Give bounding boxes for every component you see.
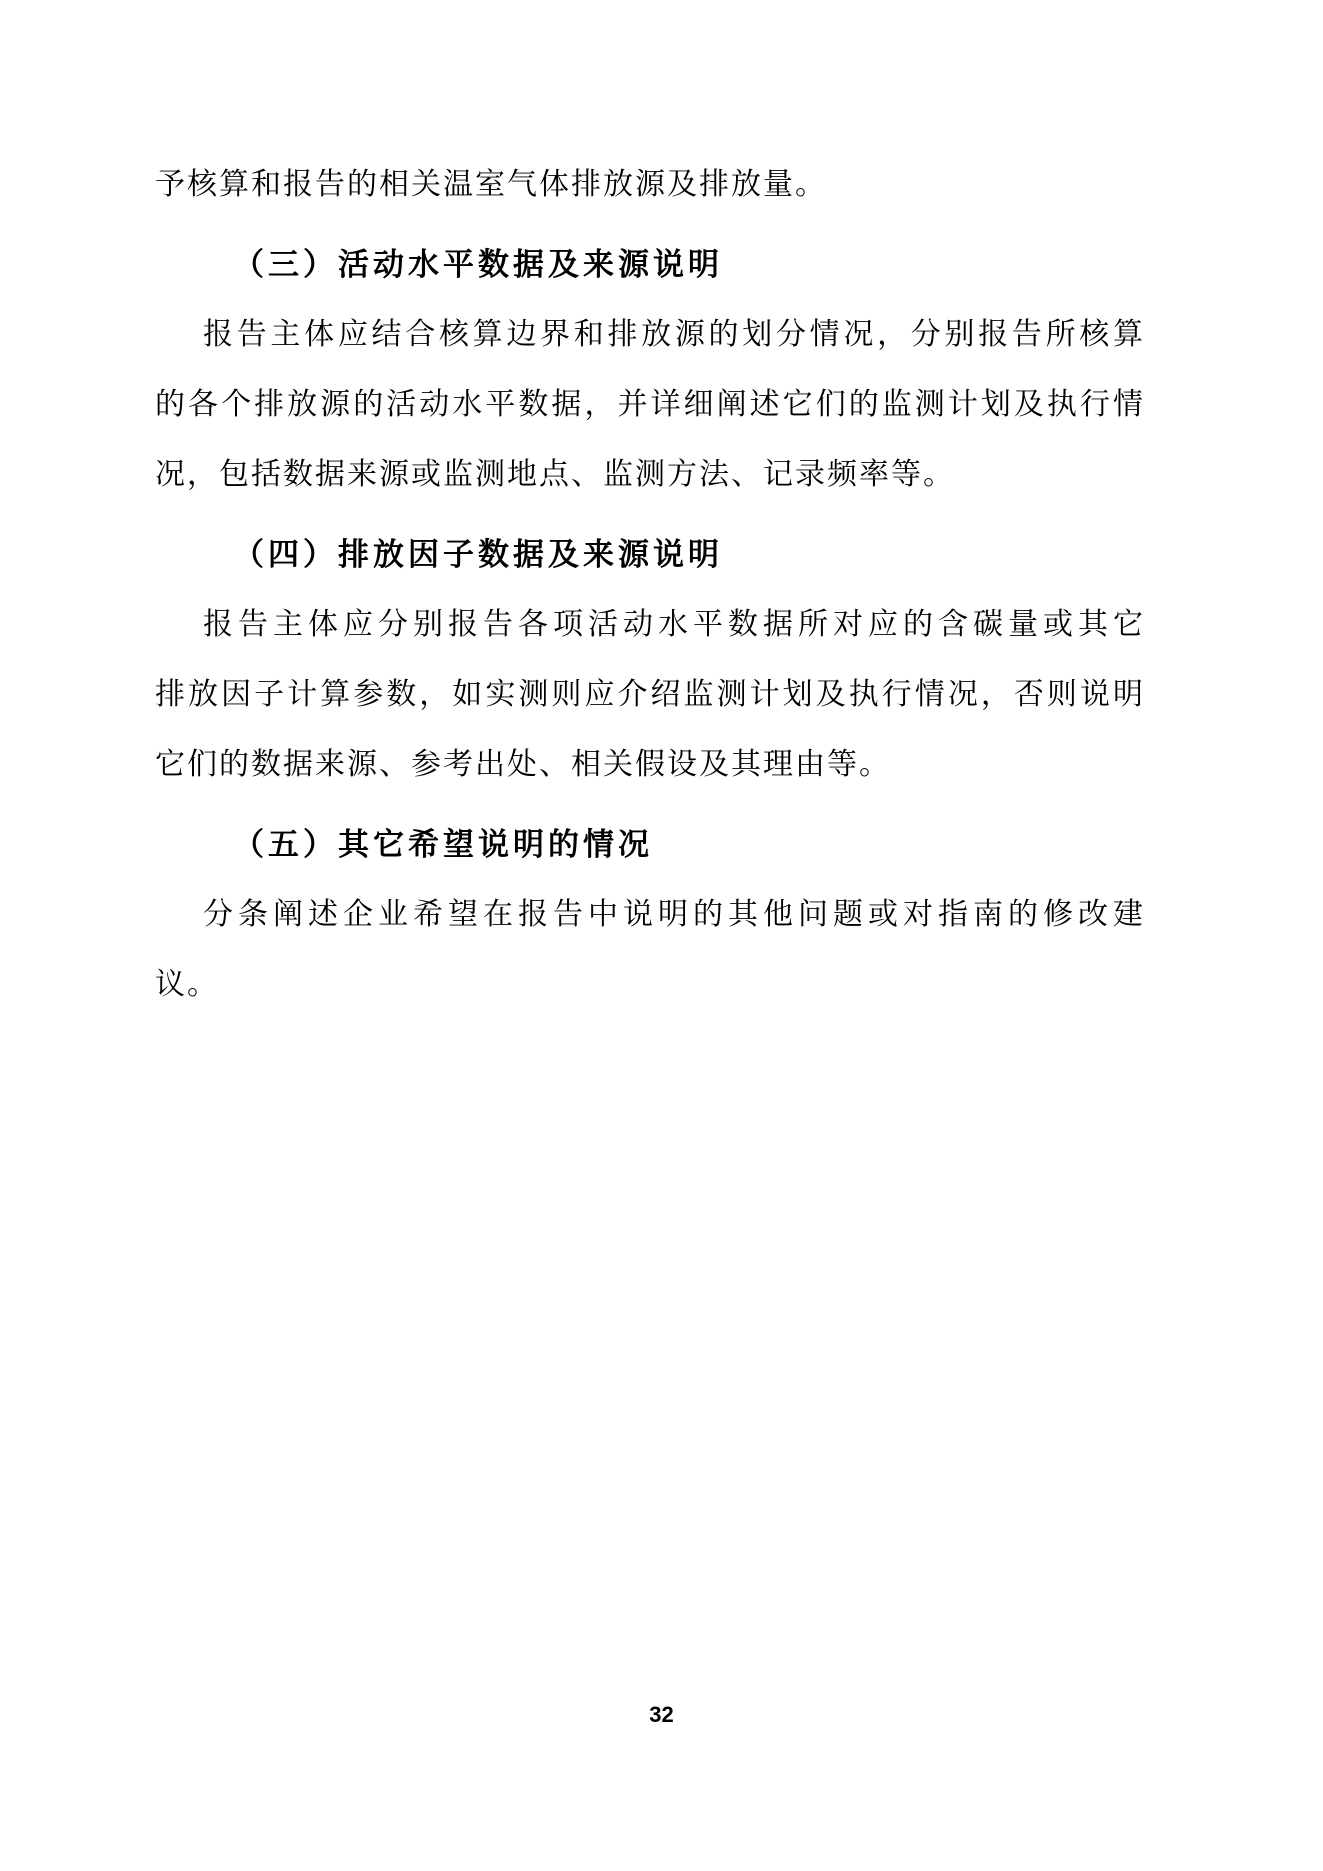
section-heading-4: （四）排放因子数据及来源说明 bbox=[155, 520, 1145, 590]
paragraph-first-line: 报告主体应分别报告各项活动水平数据所对应的含碳量或其它 bbox=[155, 590, 1145, 660]
paragraph-last-line: 况，包括数据来源或监测地点、监测方法、记录频率等。 bbox=[155, 440, 1145, 510]
paragraph-tail-line: 予核算和报告的相关温室气体排放源及排放量。 bbox=[155, 150, 1145, 220]
page-body-text: 予核算和报告的相关温室气体排放源及排放量。 （三）活动水平数据及来源说明 报告主… bbox=[155, 150, 1145, 1020]
paragraph-line: 排放因子计算参数，如实测则应介绍监测计划及执行情况，否则说明 bbox=[155, 660, 1145, 730]
paragraph-last-line: 它们的数据来源、参考出处、相关假设及其理由等。 bbox=[155, 730, 1145, 800]
section-heading-3: （三）活动水平数据及来源说明 bbox=[155, 230, 1145, 300]
paragraph-first-line: 分条阐述企业希望在报告中说明的其他问题或对指南的修改建 bbox=[155, 880, 1145, 950]
paragraph-last-line: 议。 bbox=[155, 950, 1145, 1020]
paragraph-line: 的各个排放源的活动水平数据，并详细阐述它们的监测计划及执行情 bbox=[155, 370, 1145, 440]
paragraph-first-line: 报告主体应结合核算边界和排放源的划分情况，分别报告所核算 bbox=[155, 300, 1145, 370]
section-heading-5: （五）其它希望说明的情况 bbox=[155, 810, 1145, 880]
document-page: 予核算和报告的相关温室气体排放源及排放量。 （三）活动水平数据及来源说明 报告主… bbox=[0, 0, 1323, 1871]
page-number: 32 bbox=[0, 1702, 1323, 1728]
